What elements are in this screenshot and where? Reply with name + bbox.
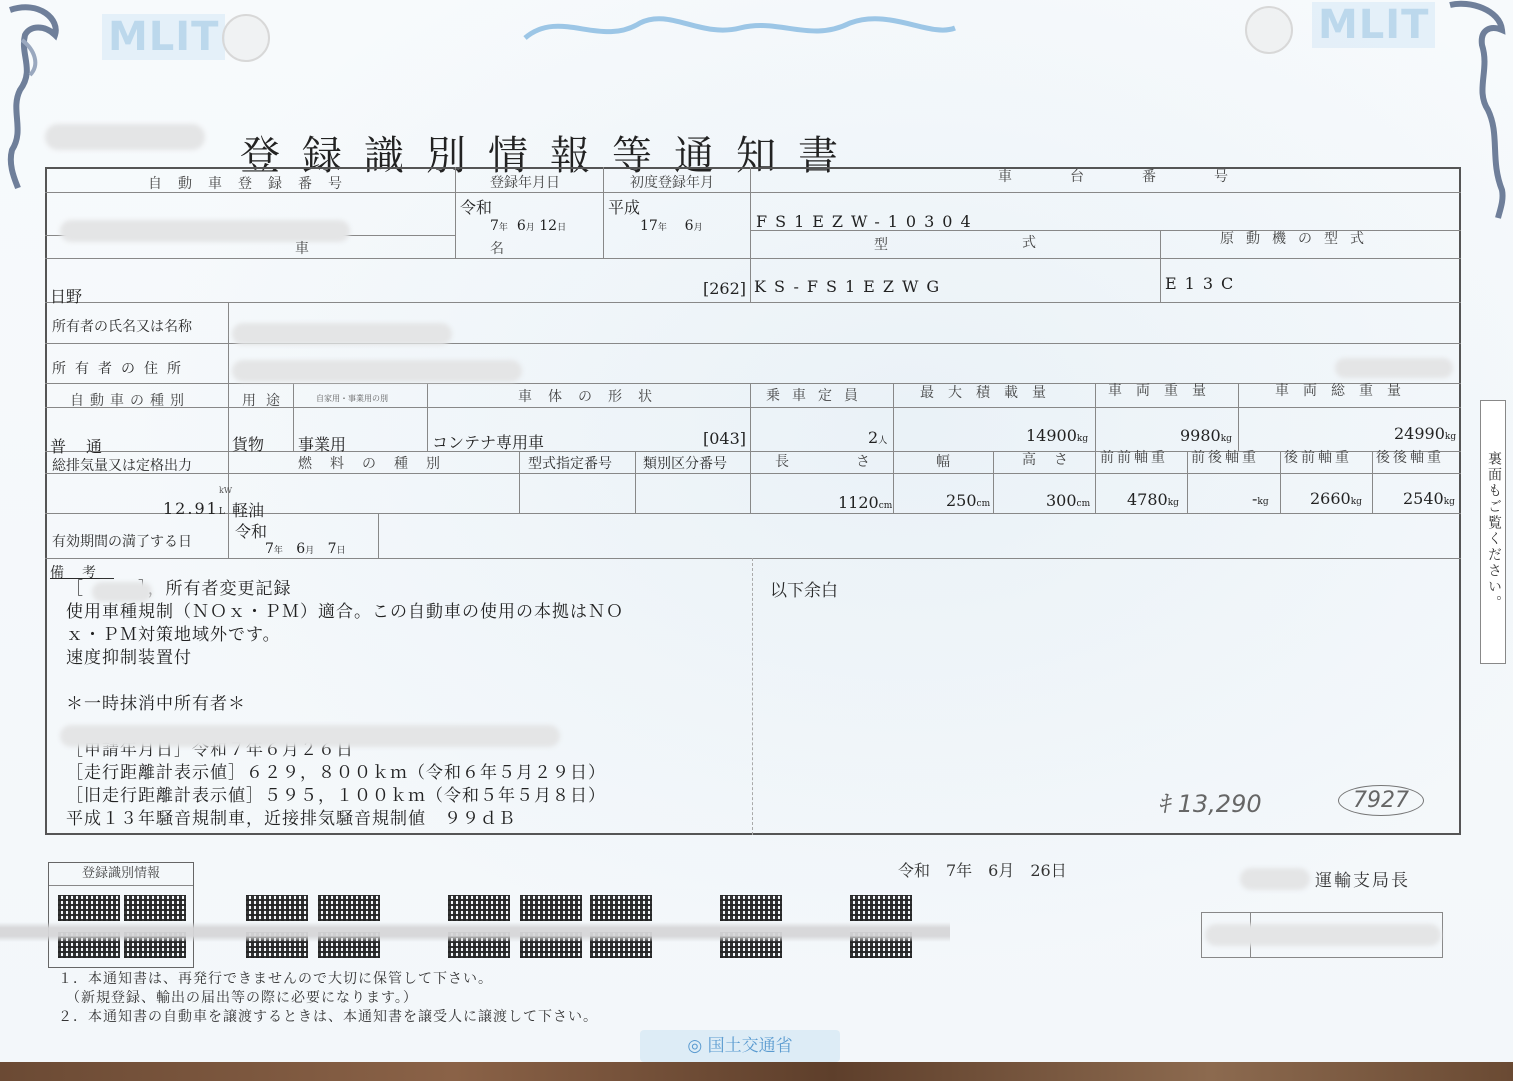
owner-address-label: 所有者の住所	[52, 358, 190, 378]
fr-axle-label: 前後軸重	[1191, 447, 1259, 467]
length-label-1: 長	[775, 451, 795, 471]
capacity-value: 2人	[868, 428, 887, 447]
corner-ornament-left-icon	[0, 0, 70, 190]
redacted-office-name	[1240, 868, 1310, 890]
remarks-right-text: 以下余白	[770, 576, 838, 601]
owner-name-label: 所有者の氏名又は名称	[52, 316, 192, 336]
qr-code-icon	[58, 895, 120, 921]
redacted-owner-name	[232, 323, 452, 345]
gross-weight-label: 車両総重量	[1275, 380, 1415, 400]
registration-date-label: 登録年月日	[490, 172, 560, 192]
vehicle-weight-value: 9980kg	[1180, 426, 1232, 445]
usage-value: 貨物	[232, 432, 264, 455]
body-shape-label: 車体の形状	[518, 386, 668, 406]
width-label: 幅	[936, 451, 956, 471]
footer-notes: １．本通知書は、再発行できませんので大切に保管して下さい。 （新規登録、輸出の届…	[58, 970, 598, 1027]
chassis-number-value: FS1EZW-10304	[756, 212, 979, 231]
registration-number-label: 自動車登録番号	[148, 173, 358, 193]
vehicle-name-label-1: 車	[295, 238, 315, 258]
usage-label: 用途	[242, 390, 290, 410]
fuel-value: 軽油	[232, 498, 264, 521]
engine-model-value: E13C	[1165, 274, 1241, 293]
handwritten-amount: ｷ 13,290	[1158, 784, 1262, 819]
fuel-label: 燃料の種別	[298, 453, 458, 473]
length-label-2: さ	[856, 451, 876, 471]
vehicle-name-label-2: 名	[490, 238, 510, 258]
redacted-stamp	[1205, 924, 1441, 946]
redacted-remarks-bracket	[92, 582, 152, 602]
rr-axle-label: 後後軸重	[1376, 447, 1444, 467]
vehicle-type-value: 普通	[50, 434, 122, 457]
private-business-label: 自家用・事業用の別	[316, 393, 388, 404]
qr-code-icon	[520, 895, 582, 921]
director-title: 運輸支局長	[1315, 866, 1410, 891]
gross-weight-value: 24990kg	[1394, 424, 1456, 443]
rr-axle-value: 2540kg	[1403, 489, 1455, 508]
rf-axle-label: 後前軸重	[1284, 447, 1352, 467]
first-registration-value: 17年 6月	[640, 218, 703, 234]
first-registration-era: 平成	[608, 195, 640, 218]
displacement-label: 総排気量又は定格出力	[52, 455, 192, 475]
height-label: 高さ	[1022, 449, 1086, 469]
expiry-label: 有効期間の満了する日	[52, 531, 192, 551]
registration-date-value: 7年 6月 12日	[490, 218, 566, 234]
expiry-value: 7年 6月 7日	[265, 541, 346, 557]
type-designation-label: 型式指定番号	[528, 453, 612, 473]
displacement-unit-top: kW	[219, 486, 232, 495]
qr-code-icon	[246, 895, 308, 921]
model-label-2: 式	[1022, 232, 1042, 252]
qr-code-icon	[448, 895, 510, 921]
width-value: 250cm	[946, 491, 990, 510]
max-load-label: 最大積載量	[920, 382, 1060, 402]
private-business-value: 事業用	[298, 432, 346, 455]
redacted-owner-top	[45, 124, 205, 150]
seal-right-icon	[1245, 6, 1293, 54]
mlit-logo-right: MLIT	[1312, 2, 1435, 48]
first-registration-label: 初度登録年月	[630, 172, 714, 192]
displacement-value: 12.91L	[163, 499, 227, 518]
length-value: 1120cm	[838, 493, 892, 512]
qr-code-icon	[124, 895, 186, 921]
top-ornament-icon	[520, 8, 960, 50]
body-shape-code: [043]	[703, 429, 746, 448]
handwritten-circled-number: 7927	[1338, 785, 1424, 816]
qr-code-icon	[318, 895, 380, 921]
qr-code-icon	[590, 895, 652, 921]
redacted-owner-address	[232, 360, 522, 382]
vehicle-name-code: [262]	[703, 279, 746, 298]
model-value: KS-FS1EZWG	[754, 277, 947, 296]
ff-axle-value: 4780kg	[1127, 490, 1179, 509]
redacted-address-code	[1335, 358, 1453, 378]
vehicle-weight-label: 車両重量	[1108, 380, 1220, 400]
redacted-owner-remarks	[60, 725, 560, 747]
registration-date-era: 令和	[460, 195, 492, 218]
seal-left-icon	[222, 14, 270, 62]
height-value: 300cm	[1046, 491, 1090, 510]
capacity-label: 乗車定員	[766, 385, 870, 405]
chassis-number-label: 車台番号	[998, 166, 1286, 186]
body-shape-value: コンテナ専用車	[432, 430, 544, 453]
qr-code-icon	[720, 895, 782, 921]
model-label-1: 型	[874, 234, 894, 254]
engine-model-label: 原動機の型式	[1220, 228, 1376, 248]
mlit-logo-left: MLIT	[102, 14, 225, 60]
side-note: 裏面もご覧ください。	[1480, 400, 1506, 664]
qr-code-icon	[850, 895, 912, 921]
ministry-logo: ◎ 国土交通省	[640, 1030, 840, 1062]
issue-date: 令和 7年 6月 26日	[898, 858, 1067, 881]
expiry-era: 令和	[235, 519, 267, 542]
rf-axle-value: 2660kg	[1310, 489, 1362, 508]
fr-axle-value: -kg	[1252, 489, 1269, 508]
max-load-value: 14900kg	[1026, 426, 1088, 445]
table-surface	[0, 1062, 1513, 1081]
ff-axle-label: 前前軸重	[1100, 447, 1168, 467]
vehicle-name-value: 日野	[50, 284, 82, 307]
redacted-qr-band	[0, 922, 950, 942]
category-number-label: 類別区分番号	[643, 453, 727, 473]
remarks-text: ［ ］，所有者変更記録 使用車種規制（ＮＯｘ・ＰＭ）適合。この自動車の使用の本拠…	[66, 578, 624, 831]
vehicle-type-label: 自動車の種別	[70, 390, 190, 410]
